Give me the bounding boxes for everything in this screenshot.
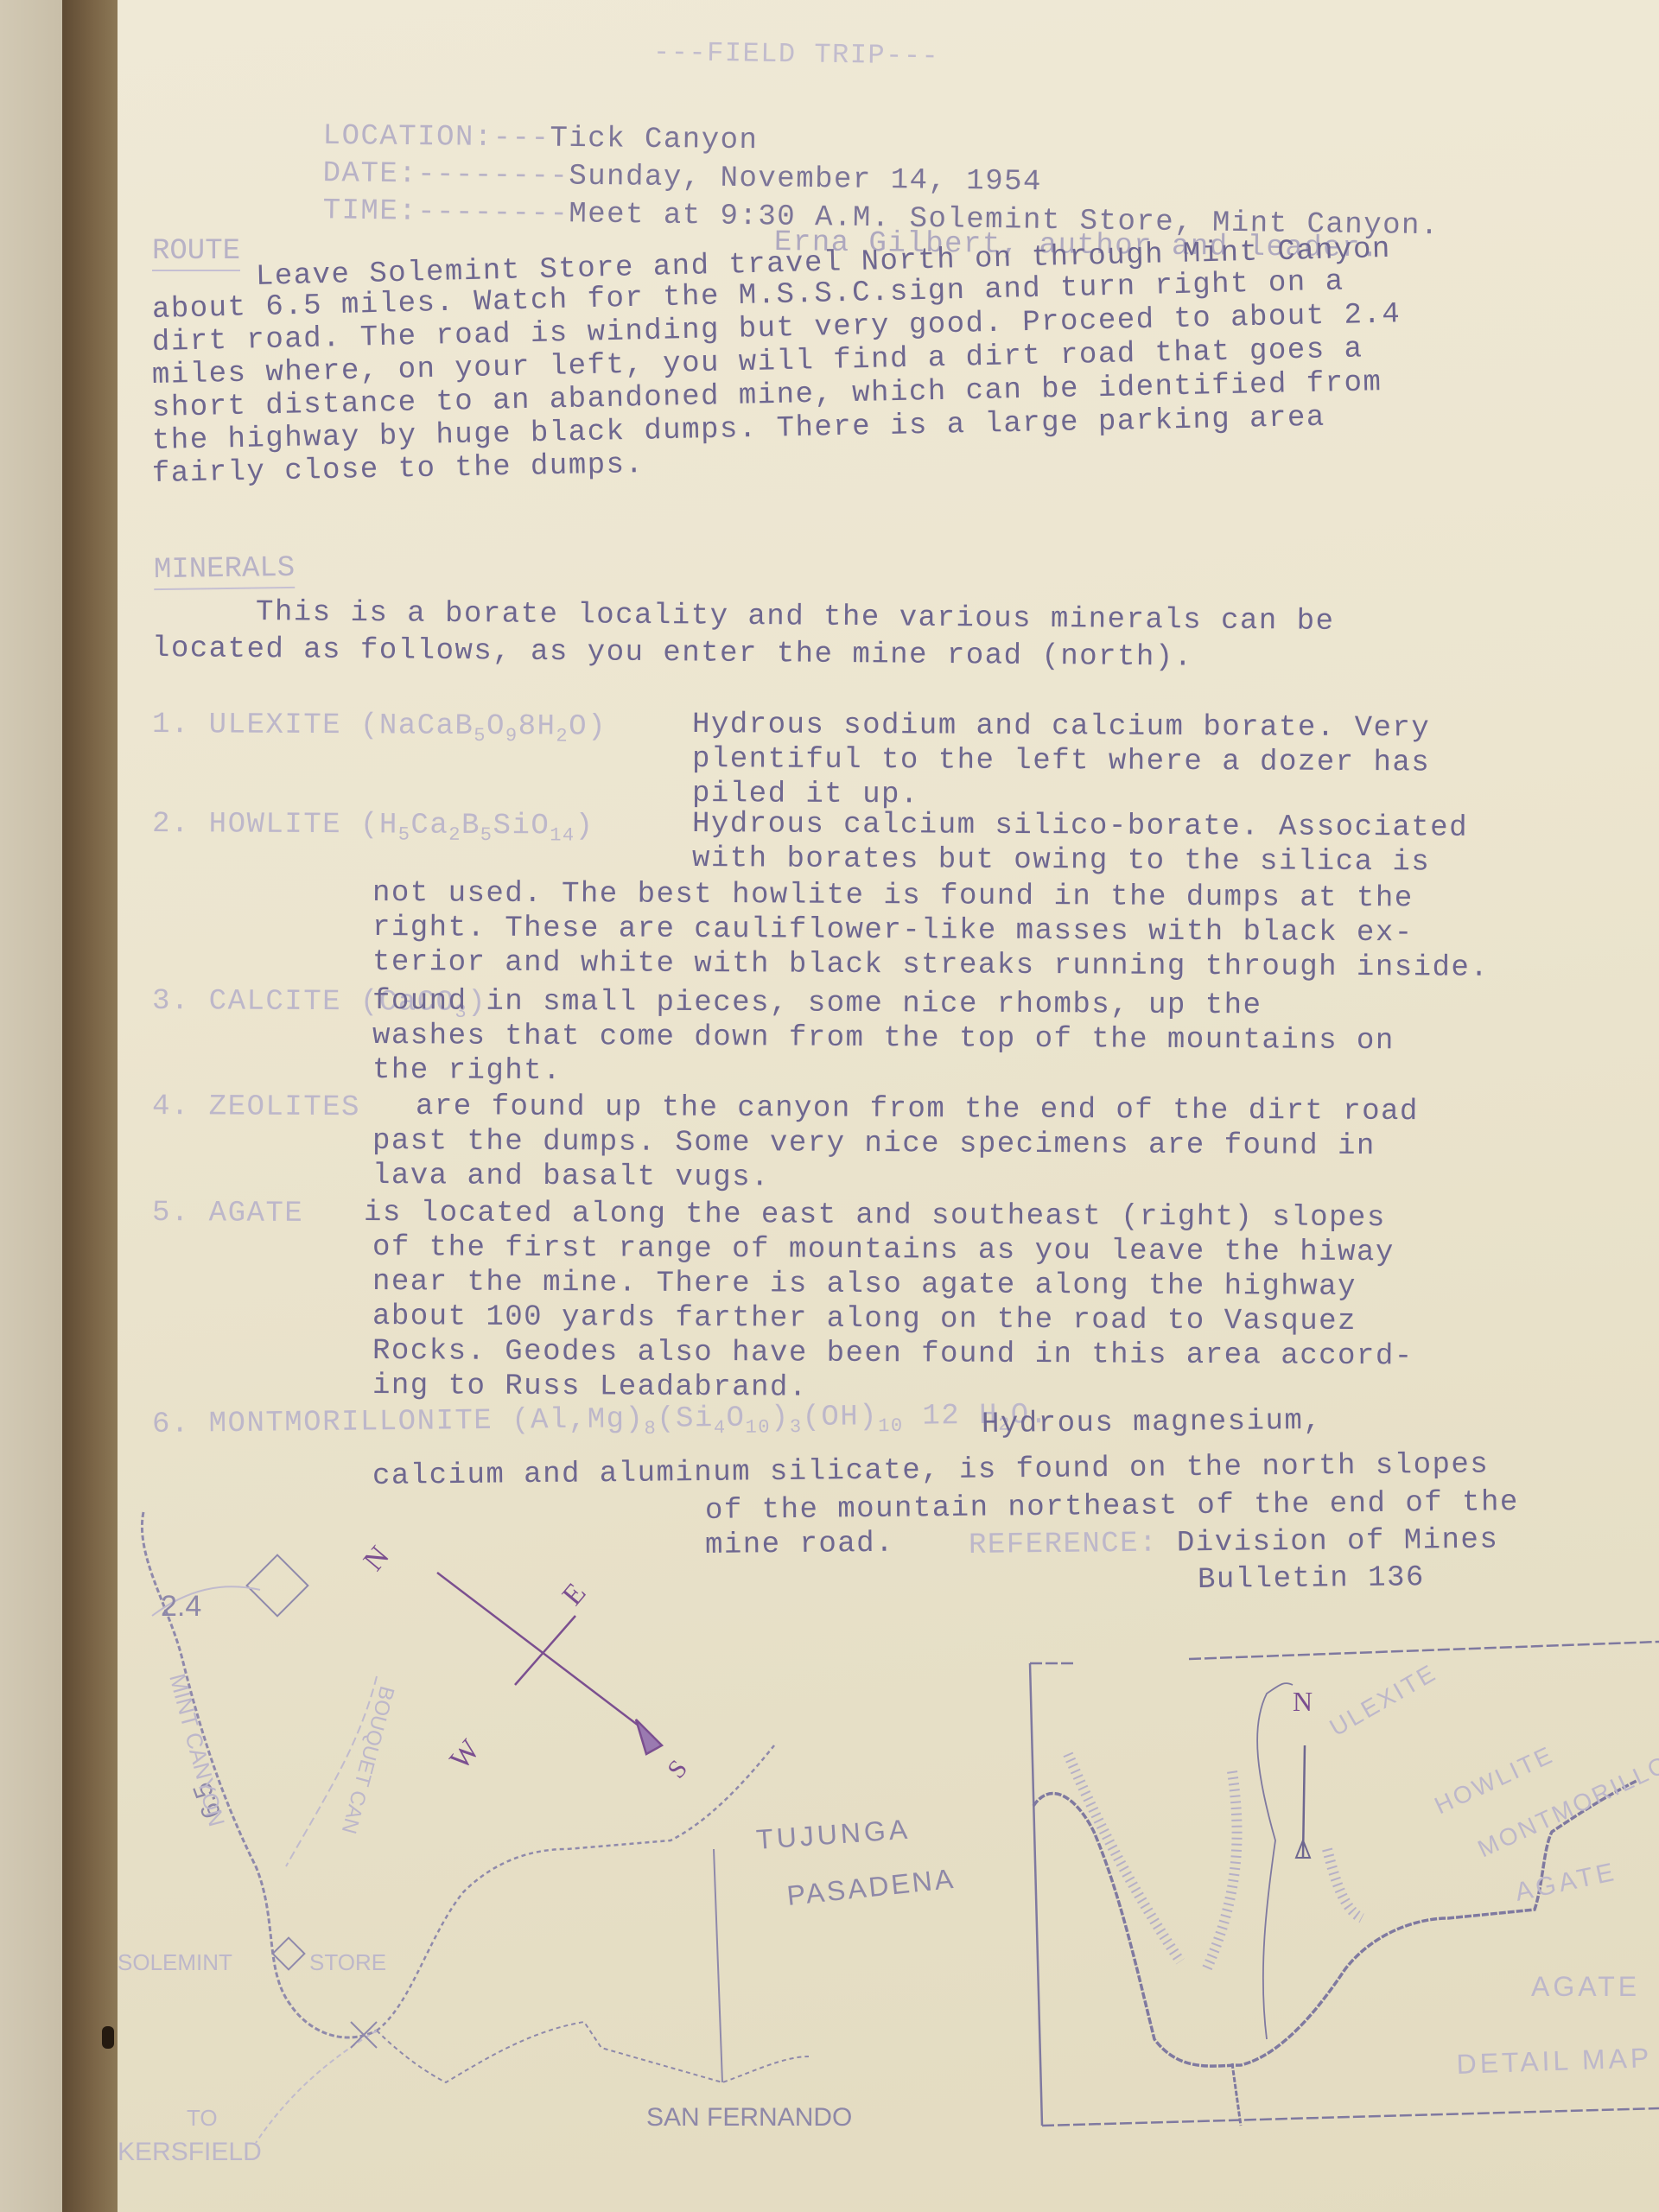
detail-map-border-left — [1030, 1663, 1042, 2126]
mineral-number: 1. — [152, 709, 190, 741]
formula-subscript: 2 — [556, 725, 569, 747]
mineral-description-line: Hydrous magnesium, — [982, 1405, 1323, 1441]
mineral-description-line: the right. — [372, 1054, 562, 1088]
mineral-description-line: is located along the east and southeast … — [364, 1197, 1386, 1235]
minerals-intro-line: This is a borate locality and the variou… — [256, 596, 1335, 639]
montmorillonite-map-label: MONTMORILLONITE — [1473, 1722, 1659, 1862]
mineral-description-line: Rocks. Geodes also have been found in th… — [372, 1335, 1414, 1373]
solemint-label: SOLEMINT — [118, 1949, 232, 1975]
road-to-bakersfield — [256, 2031, 377, 2143]
mineral-name: MONTMORILLONITE — [208, 1405, 493, 1440]
mineral-item-header: 4. ZEOLITES — [152, 1090, 360, 1124]
mineral-description-line: lava and basalt vugs. — [372, 1160, 770, 1194]
store-label: STORE — [309, 1949, 386, 1975]
formula-part: O — [726, 1402, 745, 1435]
mineral-number: 2. — [152, 808, 190, 841]
mineral-name: ZEOLITES — [209, 1090, 360, 1124]
san-fernando-label: SAN FERNANDO — [646, 2103, 852, 2132]
mineral-description-line: with borates but owing to the silica is — [692, 842, 1430, 879]
formula-part: SiO — [493, 810, 550, 842]
mineral-name: HOWLITE — [209, 808, 342, 842]
mileage-2-4-label: 2.4 — [161, 1590, 201, 1623]
formula-subscript: 10 — [878, 1415, 904, 1437]
compass-north-label: N — [358, 1541, 396, 1578]
detail-map-labels: N ULEXITE HOWLITE MONTMORILLONITE AGATE … — [1293, 1658, 1659, 2079]
field-trip-maps: 2.4 6.5 MINT CANYON BOUQUET CAN N E W S … — [118, 1486, 1659, 2212]
compass-west-label: W — [444, 1733, 487, 1776]
detail-map-title: DETAIL MAP — [1456, 2042, 1653, 2080]
mineral-description-line: past the dumps. Some very nice specimens… — [372, 1125, 1376, 1163]
agate-lower-map-label: AGATE — [1531, 1971, 1640, 2002]
route-map-labels: 2.4 6.5 MINT CANYON BOUQUET CAN N E W S … — [118, 1541, 957, 2166]
formula-subscript: 5 — [480, 824, 493, 846]
mineral-name: AGATE — [209, 1197, 304, 1230]
mineral-description-line: about 100 yards farther along on the roa… — [372, 1300, 1357, 1338]
mountain-ridge — [1068, 1754, 1180, 1961]
agate-upper-map-label: AGATE — [1513, 1858, 1620, 1907]
formula-part: Ca — [410, 810, 448, 842]
mineral-number: 4. — [152, 1090, 190, 1123]
mineral-name: CALCITE — [209, 985, 342, 1019]
solemint-store-marker — [273, 1938, 305, 1970]
mineral-description-line: ing to Russ Leadabrand. — [372, 1370, 808, 1405]
mineral-description-line: found in small pieces, some nice rhombs,… — [372, 985, 1262, 1022]
bakersfield-label: BAKERSFIELD — [118, 2138, 262, 2166]
formula-part: O — [486, 710, 505, 743]
formula-part: (NaCaB — [360, 709, 474, 743]
mineral-item-header: 1. ULEXITE (NaCaB5O98H2O) — [152, 709, 607, 747]
mineral-number: 3. — [152, 985, 190, 1018]
page-title: ---FIELD TRIP--- — [653, 36, 940, 73]
to-label: TO — [187, 2105, 218, 2131]
document-page: ---FIELD TRIP--- LOCATION:---Tick Canyon… — [118, 0, 1659, 2212]
mountain-ridge — [1327, 1849, 1362, 1918]
mineral-description-line: near the mine. There is also agate along… — [372, 1266, 1357, 1304]
route-heading: ROUTE — [152, 235, 240, 271]
formula-subscript: 5 — [474, 725, 486, 747]
formula-subscript: 8 — [644, 1418, 657, 1440]
mineral-description-line: Hydrous calcium silico-borate. Associate… — [692, 808, 1468, 845]
mineral-item-header: 6. MONTMORILLONITE (Al,Mg)8(Si4O10)3(OH)… — [152, 1399, 1049, 1445]
mine-road — [1257, 1683, 1293, 2039]
formula-subscript: 5 — [398, 823, 411, 845]
minerals-heading: MINERALS — [154, 552, 296, 590]
compass-rose — [437, 1573, 662, 1754]
mineral-formula: (Al,Mg)8(Si4O10)3(OH)10 12 H2O. — [512, 1399, 1049, 1438]
mineral-number: 6. — [152, 1408, 190, 1441]
formula-part: 8H — [518, 710, 556, 743]
route-map — [142, 1512, 809, 2143]
formula-part: (Si — [657, 1402, 714, 1436]
time-label: TIME:-------- — [322, 194, 569, 231]
compass-south-label: S — [662, 1755, 693, 1784]
mineral-item-header: 5. AGATE — [152, 1197, 303, 1230]
book-binding — [62, 0, 118, 2212]
detail-north-label: N — [1293, 1686, 1313, 1717]
mineral-description-line: not used. The best howlite is found in t… — [372, 877, 1414, 915]
minerals-intro-line: located as follows, as you enter the min… — [152, 632, 1193, 675]
tujunga-label: TUJUNGA — [755, 1814, 912, 1855]
formula-subscript: 3 — [790, 1416, 803, 1438]
formula-subscript: 14 — [550, 824, 575, 846]
mineral-item-header: 2. HOWLITE (H5Ca2B5SiO14) — [152, 808, 594, 847]
mineral-description-line: are found up the canyon from the end of … — [416, 1090, 1419, 1128]
mountain-ridge — [1206, 1771, 1237, 1970]
formula-subscript: 10 — [745, 1417, 771, 1439]
adjacent-page-edge — [0, 0, 62, 2212]
connector-road — [714, 1849, 722, 2082]
formula-part: ) — [575, 810, 594, 843]
pasadena-label: PASADENA — [785, 1863, 957, 1911]
formula-subscript: 9 — [505, 725, 518, 747]
mineral-description-line: terior and white with black streaks runn… — [372, 946, 1489, 985]
formula-part: O) — [569, 711, 607, 744]
road-to-san-fernando — [377, 2022, 809, 2082]
mineral-description-line: right. These are cauliflower-like masses… — [372, 912, 1414, 950]
junction-mark — [351, 2022, 377, 2048]
formula-part: (Al,Mg) — [512, 1403, 645, 1438]
formula-part: (OH) — [802, 1401, 878, 1434]
detail-map-border-bottom — [1042, 2108, 1659, 2126]
formula-part: ) — [771, 1402, 790, 1434]
mineral-description-line: Hydrous sodium and calcium borate. Very — [692, 709, 1430, 745]
mineral-description-line: washes that come down from the top of th… — [372, 1020, 1395, 1058]
mineral-name: ULEXITE — [209, 709, 342, 742]
formula-part: B — [461, 810, 480, 842]
formula-part: (H — [360, 809, 398, 842]
mineral-formula: (NaCaB5O98H2O) — [360, 709, 607, 743]
mineral-description-line: of the first range of mountains as you l… — [372, 1231, 1395, 1269]
formula-subscript: 2 — [448, 824, 461, 846]
mineral-description-line: plentiful to the left where a dozer has — [692, 743, 1430, 779]
mine-site-marker — [247, 1555, 308, 1617]
compass-east-label: E — [556, 1577, 593, 1611]
formula-subscript: 4 — [714, 1417, 727, 1439]
ulexite-map-label: ULEXITE — [1325, 1658, 1442, 1741]
mineral-formula: (H5Ca2B5SiO14) — [360, 809, 594, 842]
binding-mark — [102, 2026, 114, 2049]
mineral-number: 5. — [152, 1197, 190, 1230]
mineral-description-line: piled it up. — [692, 778, 919, 811]
